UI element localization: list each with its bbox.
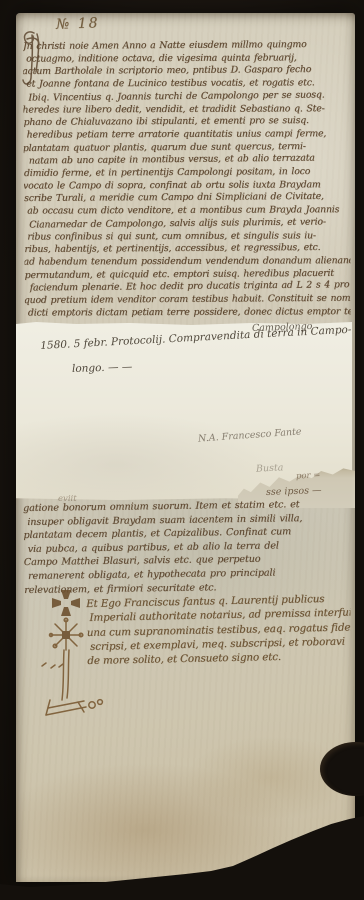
archive-number: № 18: [56, 15, 100, 33]
continuation-text: gatione bonorum omnium suorum. Item et s…: [23, 497, 350, 600]
manuscript-line: vocato le Campo di sopra, confinat ab or…: [23, 179, 350, 193]
manuscript-line: heredibus petiam terre arratorie quantit…: [27, 128, 350, 142]
photo-background: № 18 Jn christi noie Amen Anno a Natte e…: [0, 0, 364, 900]
continuation-fragment-right: sse ipsos —: [266, 485, 322, 498]
closing-text: Et Ego Franciscus fantus q. Laurentij pu…: [86, 591, 352, 672]
busta-note: Busta: [256, 462, 284, 474]
manuscript-line: dicti emptoris dictam petiam terre possi…: [28, 306, 351, 320]
slip-note-line2: longo. — —: [72, 361, 133, 375]
manuscript-line: heredes iure libero dedit, vendidit, et …: [23, 103, 350, 117]
main-act-text: Jn christi noie Amen Anno a Natte eiusde…: [23, 39, 351, 323]
continuation-fragment-top: por =: [296, 470, 321, 481]
manuscript-line: ribus confinibus si qui sunt, cum omnibu…: [27, 230, 350, 244]
manuscript-line: ad habendum tenendum possidendum vendend…: [24, 255, 351, 269]
manuscript-line: octuagmo, inditione octava, die vigesima…: [26, 52, 349, 66]
